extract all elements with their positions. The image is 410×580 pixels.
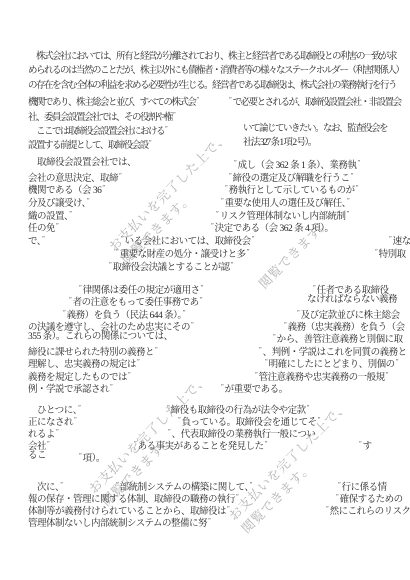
torn-edge-mark: ” <box>177 417 182 423</box>
torn-edge-mark: ” <box>115 249 120 255</box>
torn-edge-mark: ” <box>78 285 83 291</box>
torn-edge-mark: ” <box>346 198 351 204</box>
torn-edge-mark: ” <box>154 347 159 353</box>
text-fragment: ”いる会社においては、取締役会” <box>120 234 255 248</box>
torn-edge-mark: ” <box>388 236 393 242</box>
text-fragment: 任の免” <box>28 221 60 235</box>
torn-edge-mark: ” <box>337 482 342 488</box>
text-fragment: ”ある事実があることを発見した” <box>133 439 268 453</box>
torn-edge-mark: ” <box>374 249 379 255</box>
torn-edge-mark: ” <box>136 359 141 365</box>
torn-edge-mark: ” <box>228 173 233 179</box>
torn-edge-mark: ” <box>235 494 240 500</box>
torn-edge-mark: ” <box>199 297 204 303</box>
torn-edge-mark: ” <box>283 322 288 328</box>
torn-edge-mark: ” <box>306 405 311 411</box>
torn-edge-mark: ” <box>254 372 259 378</box>
torn-edge-mark: ” <box>220 198 225 204</box>
text-fragment: 取締役会設置会社では、 <box>28 158 136 169</box>
torn-edge-mark: ” <box>358 441 363 447</box>
text-fragment: ”項）。 <box>78 451 105 465</box>
torn-edge-mark: ” <box>148 140 153 146</box>
text-fragment: ”決定である（会 362 条 4 項）。 <box>210 221 333 235</box>
torn-edge-mark: ” <box>115 482 120 488</box>
torn-edge-mark: ” <box>86 198 91 204</box>
text-fragment: 株式会社においては、所有と経営が分離されており、株主と経営者である取締役との利害… <box>28 52 396 63</box>
text-fragment: なければならない義務 <box>307 295 397 306</box>
torn-edge-mark: ” <box>108 262 113 268</box>
text-fragment: ”重要な財産の処分・譲受けと多” <box>115 247 250 261</box>
torn-edge-mark: ” <box>118 173 123 179</box>
text-fragment: いて論じていきたい。なお、監査役会を <box>243 124 387 135</box>
text-fragment: 設置する前提として、取締役会設” <box>28 138 152 152</box>
text-fragment: 機関である（会 36” <box>28 183 106 197</box>
torn-edge-mark: ” <box>166 405 171 411</box>
text-fragment: ”明確にしたにとどまり、別個の” <box>264 357 399 371</box>
text-fragment: 理解し、忠実義務の規定は” <box>28 357 141 371</box>
torn-edge-mark: ” <box>385 372 390 378</box>
text-fragment: るこ <box>28 451 46 462</box>
torn-edge-mark: ” <box>68 297 73 303</box>
torn-edge-mark: ” <box>246 249 251 255</box>
torn-edge-mark: ” <box>190 322 195 328</box>
torn-edge-mark: ” <box>226 506 231 512</box>
torn-edge-mark: ” <box>395 359 400 365</box>
torn-edge-mark: ” <box>264 441 269 447</box>
text-fragment: ”務執行として示しているものが” <box>224 183 359 197</box>
torn-edge-mark: ” <box>207 518 212 524</box>
text-fragment: 社、委員会設置会社では、その役割や権” <box>28 110 177 124</box>
torn-edge-mark: ” <box>172 112 177 118</box>
torn-edge-mark: ” <box>272 334 277 340</box>
torn-edge-mark: ” <box>350 173 355 179</box>
text-fragment: ”で必要とされるが、取締役設置会社・非設置会 <box>228 95 401 109</box>
document-page: 株式会社においては、所有と経営が分離されており、株主と経営者である取締役との利害… <box>0 0 410 580</box>
torn-edge-mark: ” <box>355 185 360 191</box>
torn-edge-mark: ” <box>68 211 73 217</box>
text-fragment: ”から、善管注意義務と別個に取 <box>272 332 403 346</box>
torn-edge-mark: ” <box>133 441 138 447</box>
torn-edge-mark: ” <box>296 310 301 316</box>
torn-edge-mark: ” <box>164 126 169 132</box>
torn-edge-mark: ” <box>200 285 205 291</box>
text-fragment: められるのは当然のことだが、株主以外にも債権者・消費者等の様々なステークホルダー… <box>28 66 403 77</box>
text-fragment: ”者の注意をもって委任事務であ” <box>68 295 203 309</box>
torn-edge-mark: ” <box>317 417 322 423</box>
text-fragment: ここでは取締役会設置会社における” <box>28 124 169 138</box>
torn-edge-mark: ” <box>228 97 233 103</box>
torn-edge-mark: ” <box>224 185 229 191</box>
text-fragment: ”す <box>358 439 372 453</box>
torn-edge-mark: ” <box>325 506 330 512</box>
torn-edge-mark: ” <box>127 372 132 378</box>
text-fragment: ”特別取 <box>374 247 406 261</box>
torn-edge-mark: ” <box>55 223 60 229</box>
torn-edge-mark: ” <box>109 384 114 390</box>
torn-edge-mark: ” <box>210 223 215 229</box>
torn-edge-mark: ” <box>249 482 254 488</box>
torn-edge-mark: ” <box>264 359 269 365</box>
text-fragment: ”然にこれらのリスク <box>325 504 410 518</box>
torn-edge-mark: ” <box>73 417 78 423</box>
text-fragment: 管理体制ないし内部統制システムの整備に努” <box>28 516 212 530</box>
torn-edge-mark: ” <box>345 211 350 217</box>
text-fragment: 社法 327 条 1 項 2 号）。 <box>243 138 316 149</box>
torn-edge-mark: ” <box>55 429 60 435</box>
torn-edge-mark: ” <box>335 494 340 500</box>
torn-edge-mark: ” <box>78 453 83 459</box>
torn-edge-mark: ” <box>182 310 187 316</box>
text-fragment: ”重要な使用人の選任及び解任、” <box>220 196 351 210</box>
torn-edge-mark: ” <box>220 384 225 390</box>
torn-edge-mark: ” <box>62 310 67 316</box>
text-fragment: ”が重要である。 <box>220 382 288 396</box>
torn-edge-mark: ” <box>120 236 125 242</box>
text-fragment: 分及び譲受け、” <box>28 196 91 210</box>
torn-edge-mark: ” <box>167 429 172 435</box>
text-fragment: 機関であり、株主総会と並び、すべての株式会” <box>28 95 200 109</box>
torn-edge-mark: ” <box>215 211 220 217</box>
torn-edge-mark: ” <box>356 160 361 166</box>
torn-edge-mark: ” <box>46 441 51 447</box>
torn-edge-mark: ” <box>195 97 200 103</box>
torn-edge-mark: ” <box>101 185 106 191</box>
torn-edge-mark: ” <box>312 285 317 291</box>
torn-edge-mark: ” <box>77 405 82 411</box>
text-fragment: 355 条）。これらの関係については、 <box>28 332 173 343</box>
torn-edge-mark: ” <box>230 262 235 268</box>
text-fragment: 例・学説で承認され” <box>28 382 114 396</box>
text-fragment: ”速な <box>388 234 410 248</box>
torn-edge-mark: ” <box>251 236 256 242</box>
torn-edge-mark: ” <box>233 160 238 166</box>
text-fragment: ”取締役会決議とすることが認” <box>108 260 234 274</box>
torn-edge-mark: ” <box>258 347 263 353</box>
text-fragment: ”成し（会 362 条 1 条）、業務執” <box>233 158 361 172</box>
torn-edge-mark: ” <box>41 236 46 242</box>
text-fragment: で、” <box>28 234 46 248</box>
text-fragment: の存在を含む全体の利益を求める必要性が生じる。経営者である取締役は、株式会社の業… <box>28 81 396 92</box>
torn-edge-mark: ” <box>59 482 64 488</box>
